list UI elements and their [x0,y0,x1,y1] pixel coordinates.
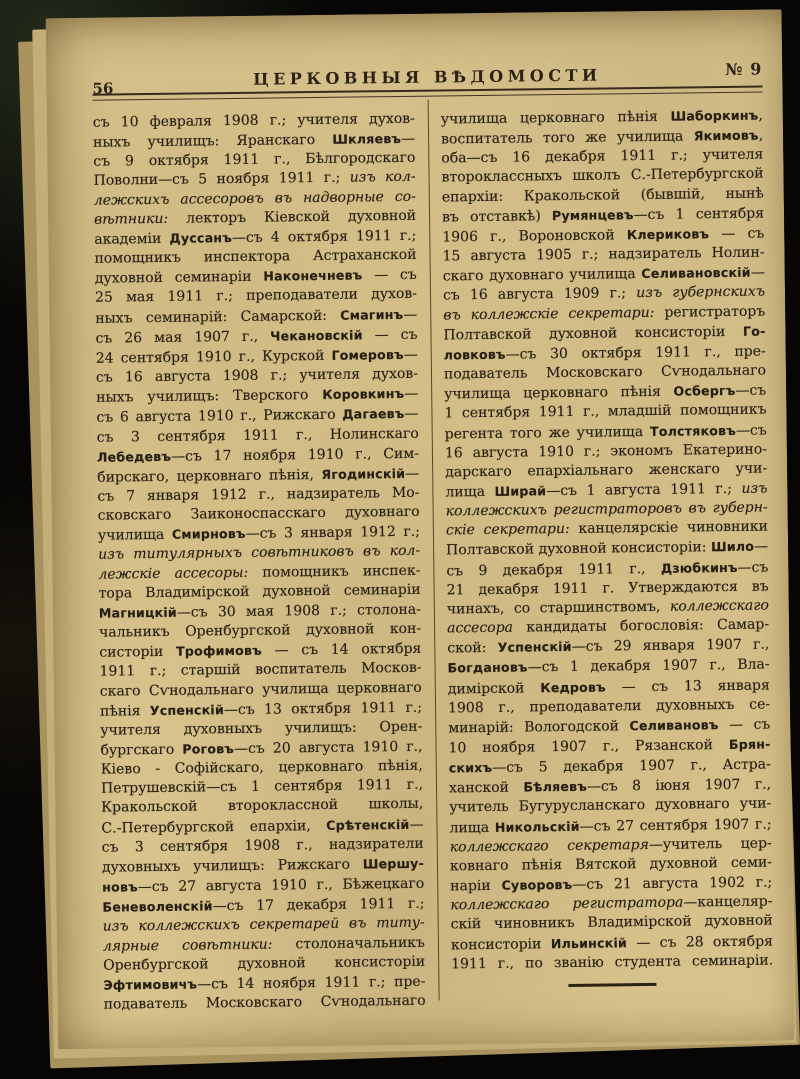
section-end-rule [568,983,656,987]
page-content: 56 ЦЕРКОВНЫЯ ВѢДОМОСТИ № 9 съ 10 февраля… [46,9,795,1049]
body-text: — [405,466,419,482]
italic-rank-text: лежскихъ ассесоровъ въ надворные со- [94,188,416,208]
surname-text: Магницкій [99,605,177,621]
italic-rank-text: изъ титулярныхъ совѣтниковъ въ кол- [98,543,420,563]
body-text: епархіи: Кракольской (бывшій, нынѣ [442,185,764,205]
body-text: кандидаты богословія: Самар- [513,617,769,636]
surname-text: Шило [711,539,754,555]
surname-text: Чекановскій [270,327,363,343]
body-text: ныхъ училищъ: Тверского [96,387,322,406]
body-text: сковскаго Заиконоспасскаго духовнаго [98,504,420,524]
italic-rank-text: коллежскаго [670,597,769,614]
surname-text: Дагаевъ [342,406,404,422]
body-text: —съ 3 января 1912 г.; [246,524,420,542]
body-text: скій чиновникъ Владимірской духовной [451,913,773,933]
italic-rank-text: коллежскихъ регистраторовъ въ губерн- [446,500,768,520]
body-text: димірской [448,680,541,697]
left-column: съ 10 февраля 1908 г.; учителя духов-ных… [93,110,426,1015]
body-text: бургскаго [100,742,182,759]
body-text: — съ 28 октября [627,933,773,951]
italic-rank-text: ассесора [447,620,513,637]
body-text: —съ [735,383,766,399]
body-text: съ 9 декабря 1911 г., [446,560,661,579]
body-text: пѣнія [100,703,150,720]
body-text: столоначальникъ [272,934,425,952]
body-text: Полтавской духовной консисторіи: [446,540,711,559]
body-text: Кракольской второклассной школы, [101,796,423,816]
surname-text: Успенскій [498,639,572,655]
body-text: , [759,128,764,144]
page-number: 56 [92,79,162,98]
surname-text: Ширай [494,483,546,499]
body-text: —съ 5 декабря 1907 г., Астра- [492,757,771,776]
body-text: 16 августа 1910 г.; экономъ Екатерино- [445,441,767,461]
body-text: духовной семинаріи [95,269,264,287]
body-text: —съ 1 августа 1911 г.; [546,481,741,499]
italic-rank-text: лежскіе ассесоры: [98,564,248,582]
body-text: 10 ноября 1907 г., Рязанской [448,737,729,756]
italic-rank-text: изъ губернскихъ [636,284,765,302]
body-text: 1908 г., преподаватели духовныхъ се- [448,696,770,716]
body-text: —съ [736,422,767,438]
surname-text: Суворовъ [501,877,572,893]
surname-text: Успенскій [150,702,224,718]
publication-title: ЦЕРКОВНЫЯ ВѢДОМОСТИ [162,64,692,89]
body-text: — съ 14 октября [262,641,422,659]
italic-rank-text: коллежскаго секретаря [450,837,649,855]
text-line: 1911 г., по званію студента семинаріи. [451,951,773,974]
surname-text: Толстяковъ [650,422,736,438]
body-text: , [758,108,763,124]
body-text: 25 мая 1911 г.; преподаватели духов- [95,286,417,306]
italic-rank-text: изъ [741,480,767,496]
surname-text: Трофимовъ [176,643,262,659]
surname-text: Кедровъ [540,679,606,695]
body-text: —съ 17 ноября 1910 г., Сим- [171,445,419,464]
issue-number: № 9 [692,60,762,80]
body-text: тора Владимірской духовной семинаріи [99,582,421,602]
body-text: подаватель Московскаго Сѵнодальнаго [444,363,766,383]
italic-rank-text: вѣтники: [94,211,168,228]
surname-text: Ильинскій [551,935,627,951]
surname-text: Лебедевъ [97,448,171,464]
body-text: дарскаго епархіальнаго женскаго учи- [445,460,767,480]
body-text: —съ 27 августа 1910 г., Бѣжецкаго [138,876,425,895]
body-text: второклассныхъ школъ С.-Петербургской [441,166,763,186]
body-text: съ 16 августа 1909 г.; [443,286,636,304]
body-text: скаго Сѵнодальнаго училища церковнаго [100,679,422,699]
body-text: — съ [718,716,770,733]
body-text: 1911 г.; старшій воспитатель Москов- [99,660,421,680]
surname-text: Богдановъ [447,660,527,676]
body-text: —учитель цер- [649,835,772,853]
surname-text: Румянцевъ [552,207,634,223]
surname-text: Эфтимовичъ [103,976,197,992]
surname-text: новъ [102,879,138,894]
body-text: — съ [363,326,418,343]
body-text: —съ 4 октября 1911 г.; [232,228,417,246]
body-text: С.-Петербургской епархіи, [101,818,326,837]
body-text: чинахъ, со старшинствомъ, [447,599,670,618]
body-text: Петрушевскій—съ 1 сентября 1911 г., [101,777,423,797]
surname-text: Шаборкинъ [670,108,758,124]
surname-text: Ягодинскій [321,466,405,482]
body-text: — [404,386,418,402]
body-text: — съ 13 января [606,677,770,695]
surname-text: Срѣтенскій [326,817,409,833]
body-text: — [404,347,418,363]
surname-text: Наконечневъ [263,268,362,284]
surname-text: Беневоленскій [102,899,212,915]
body-text: учитель Бугурусланскаго духовнаго учи- [449,796,771,816]
body-text: академіи [94,231,169,248]
surname-text: Гомеровъ [331,347,403,363]
surname-text: Селивановскій [641,265,751,281]
surname-text: Осбергъ [673,383,735,399]
body-text: съ 6 августа 1910 г., Рижскаго [96,407,342,426]
surname-text: Го- [743,323,766,338]
body-text: ханской [449,780,524,797]
body-text: Полтавской духовной консисторіи [443,324,743,344]
body-text: систоріи [99,644,176,661]
body-text: —съ 29 января 1907 г., [572,637,770,655]
body-text: ныхъ семинарій: Самарской: [95,307,340,326]
body-text: бирскаго, церковнаго пѣнія, [97,467,321,486]
surname-text: Никольскій [495,818,580,834]
surname-text: Клериковъ [627,226,710,242]
surname-text: ловковъ [444,347,506,363]
surname-text: Смирновъ [172,526,246,542]
book-scan: 56 ЦЕРКОВНЫЯ ВѢДОМОСТИ № 9 съ 10 февраля… [0,0,800,1079]
italic-rank-text: изъ кол- [350,169,416,186]
body-text: — съ [709,225,764,242]
body-text: ковнаго пѣнія Вятской духовной семи- [450,854,772,874]
body-text: ской: [447,640,498,657]
body-text: учителя духовныхъ училищъ: Орен- [100,719,422,739]
body-text: училища церковнаго пѣнія [444,384,673,403]
body-text: — [401,131,415,147]
body-text: 15 августа 1905 г.; надзиратель Нолин- [442,245,764,265]
column-separator-rule [428,100,440,1001]
body-text: лища [445,484,494,501]
body-text: въ отставкѣ) [442,208,552,225]
body-text: съ 26 мая 1907 г., [95,328,270,346]
italic-rank-text: скіе секретари: [446,521,570,539]
body-text: 1906 г., Вороновской [442,227,627,245]
surname-text: Смагинъ [340,307,403,323]
body-text: —съ 1 сентября [634,205,765,223]
body-text: подаватель Московскаго Сѵнодальнаго [104,993,426,1013]
body-text: регента того же училища [445,423,650,442]
body-text: —съ 8 іюня 1907 г., [587,777,771,795]
body-text: училища [98,527,172,544]
surname-text: скихъ [449,760,493,776]
body-text: скаго духовнаго училища [443,266,642,284]
body-text: — съ [362,267,417,284]
text-columns: съ 10 февраля 1908 г.; учителя духов-ных… [93,106,774,1015]
body-text: —съ 27 сентября 1907 г.; [580,816,772,834]
body-text: —съ 17 декабря 1911 г.; [213,896,425,915]
body-text: —съ [738,559,769,575]
body-text: съ 16 августа 1908 г.; учителя духов- [96,366,418,386]
body-text: ныхъ училищъ: Яранскаго [93,132,332,151]
body-text: духовныхъ училищъ: Рижскаго [102,856,363,875]
surname-text: Дзюбкинъ [661,559,738,575]
surname-text: Якимовъ [694,128,759,144]
body-text: чальникъ Оренбургской духовной кон- [99,621,421,641]
surname-text: Роговъ [182,741,234,757]
body-text: —канцеляр- [683,894,772,911]
body-text: лища [449,819,494,836]
body-text: — [404,406,418,422]
body-text: регистраторъ [654,303,765,320]
italic-rank-text: въ коллежскіе секретари: [443,304,654,323]
body-text: съ 10 февраля 1908 г.; учителя духов- [93,111,415,131]
body-text: —съ 21 августа 1902 г.; [572,875,772,893]
body-text: — [409,816,423,832]
italic-rank-text: изъ коллежскихъ секретарей въ титу- [103,915,425,935]
body-text: воспитатель того же училища [441,129,694,148]
body-text: —съ 20 августа 1910 г., [234,739,423,757]
body-text: —съ 30 мая 1908 г.; столона- [177,602,421,621]
body-text: канцелярскіе чиновники [570,519,768,537]
body-text: —съ 1 декабря 1907 г., Вла- [528,657,770,676]
body-text: —съ 14 ноября 1911 г.; пре- [197,974,425,993]
body-text: —съ 30 октября 1911 г., пре- [506,343,766,362]
body-text: 21 декабря 1911 г. Утверждаются въ [447,578,769,598]
text-line: подаватель Московскаго Сѵнодальнаго [104,992,426,1015]
body-text: консисторіи [451,936,551,953]
body-text: помощникъ инспек- [248,562,420,580]
surname-text: Шкляевъ [332,131,401,147]
body-text: лекторъ Кіевской духовной [168,208,416,227]
surname-text: Бѣляевъ [523,779,587,795]
italic-rank-text: лярные совѣтники: [103,936,273,954]
right-column: училища церковнаго пѣнія Шаборкинъ,воспи… [441,106,774,1011]
body-text: наріи [450,878,502,895]
body-text: Поволни—съ 5 ноября 1911 г.; [94,170,350,189]
body-text: Кіево - Софійскаго, церковнаго пѣнія, [101,758,423,778]
italic-rank-text: коллежскаго регистратора [450,895,683,914]
body-text: Оренбургской духовной консисторіи [103,953,425,973]
body-text: помощникъ инспектора Астраханской [94,247,416,267]
body-text: съ 3 сентября 1911 г., Нолинскаго [97,425,419,445]
body-text: —съ 13 октября 1911 г.; [224,699,422,717]
body-text: съ 7 января 1912 г., надзиратель Мо- [97,485,419,505]
document-page: 56 ЦЕРКОВНЫЯ ВѢДОМОСТИ № 9 съ 10 февраля… [46,9,795,1049]
body-text: — [751,265,765,281]
body-text: 1 сентября 1911 г., младшій помощникъ [444,402,766,422]
body-text: училища церковнаго пѣнія [441,109,671,128]
body-text: — [754,539,768,555]
surname-text: Коровкинъ [322,386,404,402]
surname-text: Селивановъ [629,717,718,733]
body-text: оба—съ 16 декабря 1911 г.; учителя [441,147,763,167]
body-text: съ 3 сентября 1908 г., надзиратели [102,836,424,856]
body-text: 1911 г., по званію студента семинаріи. [451,952,773,972]
body-text: — [403,306,417,322]
surname-text: Дуссанъ [169,230,232,246]
body-text: минарій: Вологодской [448,718,629,736]
surname-text: Шершу- [363,856,424,872]
body-text: 24 сентября 1910 г., Курской [96,348,332,367]
body-text: съ 9 октября 1911 г., Бѣлгородскаго [93,150,415,170]
surname-text: Брян- [729,736,771,752]
